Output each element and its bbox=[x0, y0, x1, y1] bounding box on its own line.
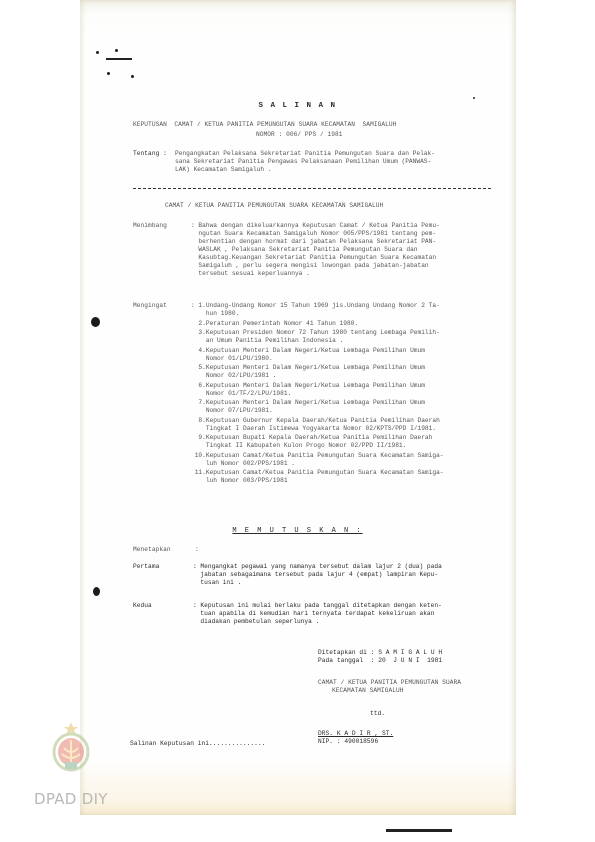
mengingat-item: 4.Keputusan Menteri Dalam Negeri/Ketua L… bbox=[191, 347, 444, 363]
kedua-line: tuan apabila di kemudian hari ternyata t… bbox=[193, 610, 442, 618]
mengingat-list: : 1.Undang-Undang Nomor 15 Tahun 1969 ji… bbox=[191, 302, 444, 487]
scan-edge-bar bbox=[386, 829, 452, 832]
decree-title: KEPUTUSAN CAMAT / KETUA PANITIA PEMUNGUT… bbox=[133, 121, 396, 129]
punch-hole-icon bbox=[93, 587, 100, 596]
mengingat-item: 7.Keputusan Menteri Dalam Negeri/Ketua L… bbox=[191, 399, 444, 415]
document-header: S A L I N A N bbox=[0, 102, 595, 110]
pertama-line: jabatan sebagaimana tersebut pada lajur … bbox=[193, 571, 442, 579]
pertama-line: : Mengangkat pegawai yang namanya terseb… bbox=[193, 563, 442, 571]
pertama-label: Pertama bbox=[133, 563, 159, 571]
salinan-note: Salinan Keputusan ini............... bbox=[130, 740, 265, 748]
mengingat-line: luh Nomor 003/PPS/1981 bbox=[191, 477, 444, 485]
ditetapkan-di: Ditetapkan di : S A M I G A L U H bbox=[318, 649, 442, 657]
kedua-label: Kedua bbox=[133, 602, 152, 610]
mengingat-line: Tingkat I Daerah Istimewa Yogyakarta Nom… bbox=[191, 425, 444, 433]
tentang-label: Tentang : bbox=[133, 150, 167, 158]
mengingat-item: 2.Peraturan Pemerintah Nomor 41 Tahun 19… bbox=[191, 320, 444, 328]
mengingat-item: 10.Keputusan Camat/Ketua Panitia Pemungu… bbox=[191, 452, 444, 468]
mengingat-item: 5.Keputusan Menteri Dalam Negeri/Ketua L… bbox=[191, 364, 444, 380]
mengingat-label: Mengingat bbox=[133, 302, 167, 310]
mengingat-line: 9.Keputusan Bupati Kepala Daerah/Ketua P… bbox=[191, 434, 444, 442]
mengingat-item: : 1.Undang-Undang Nomor 15 Tahun 1969 ji… bbox=[191, 302, 444, 318]
mengingat-line: Nomor 07/LPU/1981. bbox=[191, 407, 444, 415]
mengingat-line: Tingkat II Kabupaten Kulon Progo Nomor 0… bbox=[191, 442, 444, 450]
menimbang-text: : Bahwa dengan dikeluarkannya Keputusan … bbox=[191, 222, 440, 278]
mengingat-line: 3.Keputusan Presiden Nomor 72 Tahun 1980… bbox=[191, 329, 444, 337]
menimbang-line: tersebut sesuai keperluannya . bbox=[191, 270, 440, 278]
pertama-line: tusan ini . bbox=[193, 579, 442, 587]
mengingat-item: 11.Keputusan Camat/Ketua Panitia Pemungu… bbox=[191, 469, 444, 485]
pada-tanggal: Pada tanggal : 20 J U N I 1981 bbox=[318, 657, 442, 665]
mengingat-line: 4.Keputusan Menteri Dalam Negeri/Ketua L… bbox=[191, 347, 444, 355]
menimbang-line: WASLAK , Pelaksana Sekretariat Panitia P… bbox=[191, 246, 440, 254]
mengingat-line: 7.Keputusan Menteri Dalam Negeri/Ketua L… bbox=[191, 399, 444, 407]
memutuskan-heading: M E M U T U S K A N : bbox=[0, 527, 595, 535]
mengingat-line: : 1.Undang-Undang Nomor 15 Tahun 1969 ji… bbox=[191, 302, 444, 310]
punch-hole-icon bbox=[91, 317, 100, 327]
ink-speck bbox=[131, 75, 134, 78]
mengingat-line: 5.Keputusan Menteri Dalam Negeri/Ketua L… bbox=[191, 364, 444, 372]
signatory-title: CAMAT / KETUA PANITIA PEMUNGUTAN SUARA bbox=[318, 679, 461, 687]
pertama-text: : Mengangkat pegawai yang namanya terseb… bbox=[193, 563, 442, 587]
mengingat-line: 11.Keputusan Camat/Ketua Panitia Pemungu… bbox=[191, 469, 444, 477]
tentang-line: sana Sekretariat Panitia Pengawas Pelaks… bbox=[175, 158, 435, 166]
mengingat-line: 8.Keputusan Gubernur Kepala Daerah/Ketua… bbox=[191, 417, 444, 425]
menetapkan-label: Menetapkan bbox=[133, 546, 171, 554]
signatory-name: DRS. K A D I R , ST. bbox=[318, 730, 393, 738]
mengingat-line: 6.Keputusan Menteri Dalam Negeri/Ketua L… bbox=[191, 382, 444, 390]
ttd: ttd. bbox=[370, 710, 385, 718]
mengingat-item: 9.Keputusan Bupati Kepala Daerah/Ketua P… bbox=[191, 434, 444, 450]
decree-number: NOMOR : 006/ PPS / 1981 bbox=[256, 131, 343, 139]
yogyakarta-crest-icon bbox=[50, 722, 92, 774]
tentang-line: Pengangkatan Pelaksana Sekretariat Panit… bbox=[175, 150, 435, 158]
menetapkan-colon: : bbox=[195, 546, 199, 554]
ink-speck bbox=[96, 51, 99, 54]
mengingat-line: Nomor 02/LPU/1981 . bbox=[191, 372, 444, 380]
header-divider bbox=[133, 188, 491, 189]
ink-speck bbox=[115, 49, 118, 52]
ink-speck bbox=[473, 97, 475, 99]
signatory-title-2: KECAMATAN SAMIGALUH bbox=[332, 687, 404, 695]
ink-speck bbox=[107, 72, 110, 75]
mengingat-item: 8.Keputusan Gubernur Kepala Daerah/Ketua… bbox=[191, 417, 444, 433]
kedua-line: diadakan pembetulan seperlunya . bbox=[193, 618, 442, 626]
kedua-text: : Keputusan ini mulai berlaku pada tangg… bbox=[193, 602, 442, 626]
tentang-text: Pengangkatan Pelaksana Sekretariat Panit… bbox=[175, 150, 435, 174]
official-heading: CAMAT / KETUA PANITIA PEMUNGUTAN SUARA K… bbox=[165, 202, 383, 210]
menimbang-line: ngutan Suara Kecamatan Samigaluh Nomor 0… bbox=[191, 230, 440, 238]
mengingat-line: 10.Keputusan Camat/Ketua Panitia Pemungu… bbox=[191, 452, 444, 460]
menimbang-line: : Bahwa dengan dikeluarkannya Keputusan … bbox=[191, 222, 440, 230]
mengingat-line: hun 1980. bbox=[191, 310, 444, 318]
menimbang-line: Samigaluh , perlu segera mengisi lowonga… bbox=[191, 262, 440, 270]
mengingat-line: Nomor 01/LPU/1980. bbox=[191, 355, 444, 363]
kedua-line: : Keputusan ini mulai berlaku pada tangg… bbox=[193, 602, 442, 610]
ink-mark bbox=[106, 58, 132, 60]
mengingat-line: an Umum Panitia Pemilihan Indonesia . bbox=[191, 337, 444, 345]
menimbang-label: Menimbang bbox=[133, 222, 167, 230]
mengingat-item: 6.Keputusan Menteri Dalam Negeri/Ketua L… bbox=[191, 382, 444, 398]
signatory-nip: NIP. : 490018596 bbox=[318, 738, 378, 746]
watermark-text: DPAD DIY bbox=[34, 790, 108, 808]
mengingat-line: 2.Peraturan Pemerintah Nomor 41 Tahun 19… bbox=[191, 320, 444, 328]
menimbang-line: berhentian dengan hormat dari jabatan Pe… bbox=[191, 238, 440, 246]
tentang-line: LAK) Kecamatan Samigaluh . bbox=[175, 166, 435, 174]
mengingat-line: Nomor 01/TF/2/LPU/1981. bbox=[191, 390, 444, 398]
mengingat-item: 3.Keputusan Presiden Nomor 72 Tahun 1980… bbox=[191, 329, 444, 345]
mengingat-line: luh Nomor 002/PPS/1981 . bbox=[191, 460, 444, 468]
menimbang-line: Kasubtag.Keuangan Sekretariat Panitia Pe… bbox=[191, 254, 440, 262]
